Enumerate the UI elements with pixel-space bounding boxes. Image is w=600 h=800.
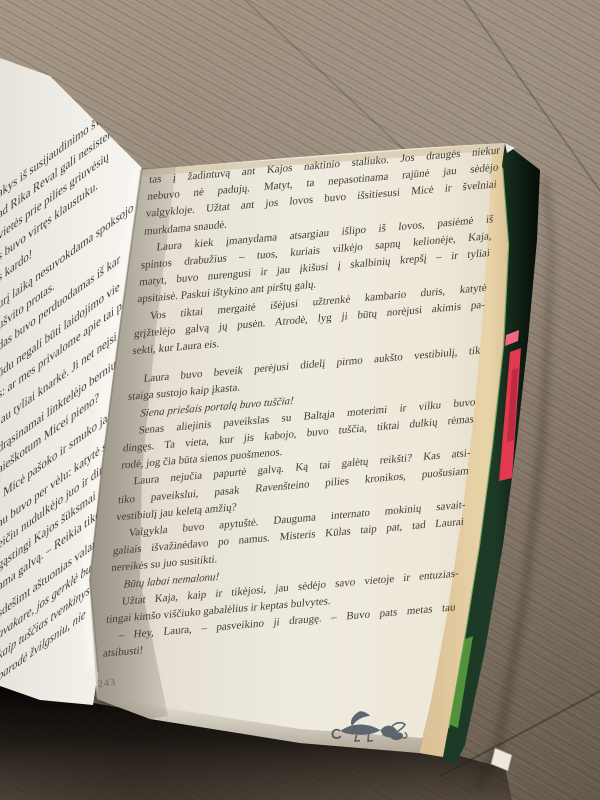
right-page-text: tas į žadintuvą ant Kajos naktinio stali… (102, 143, 501, 664)
dragon-vignette-illustration (330, 706, 408, 746)
page-number: 243 (97, 677, 116, 690)
photo-scene: akys iš susijaudinimo švytėjo. –ad Rika … (0, 0, 600, 800)
